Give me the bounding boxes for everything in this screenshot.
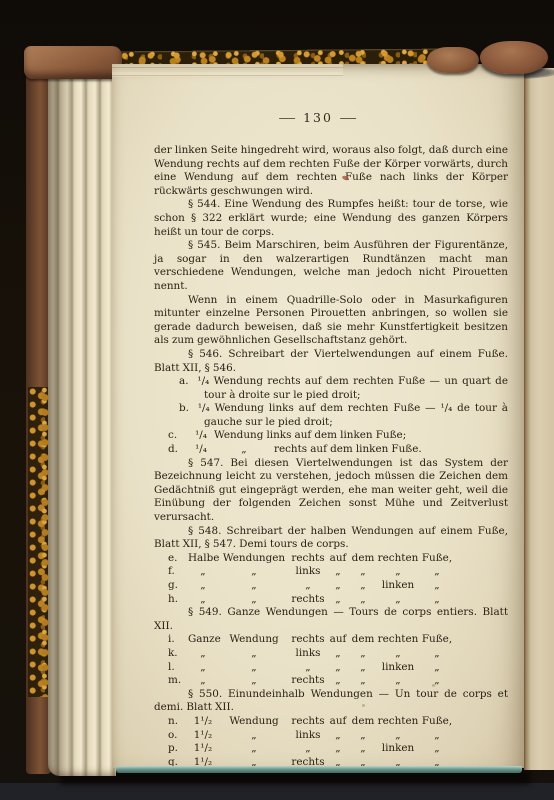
ditto-cell: „: [376, 647, 420, 661]
paragraph: § 549. Ganze Wendungen — Tours de corps …: [154, 606, 508, 633]
facing-page-gutter: [524, 68, 554, 770]
ditto-cell: „: [218, 647, 290, 661]
header-rule-right: —: [339, 110, 357, 125]
ditto-cell: Fuße,: [420, 715, 454, 729]
ditto-cell: „: [188, 565, 218, 579]
page-bottom-tinted-edge: [116, 766, 522, 773]
foxing-speck: [362, 704, 365, 707]
list-item-label: o.: [168, 729, 188, 743]
ditto-cell: dem: [350, 633, 376, 647]
marbled-cover-left-edge: [28, 387, 50, 697]
ditto-cell: „: [326, 742, 350, 756]
ditto-cell: „: [214, 443, 274, 457]
ditto-cell: links: [290, 647, 326, 661]
ditto-cell: „: [326, 729, 350, 743]
ditto-cell: „: [188, 674, 218, 688]
table-surface-band: [0, 783, 554, 800]
ditto-cell: rechten: [376, 715, 420, 729]
ditto-cell: „: [420, 729, 454, 743]
list-item-label: b.: [179, 402, 193, 416]
page-number: 130: [303, 110, 333, 125]
page-stack-edges: [48, 64, 116, 776]
ditto-cell: rechten: [376, 633, 420, 647]
ditto-cell: rechts: [290, 633, 326, 647]
ditto-cell: „: [350, 579, 376, 593]
ditto-cell: rechts: [290, 552, 326, 566]
page-number-header: —130—: [112, 110, 524, 125]
paragraph: § 546. Schreibart der Viertelwendungen a…: [154, 348, 508, 375]
ditto-cell: Halbe: [188, 552, 218, 566]
list-item-label: e.: [168, 552, 188, 566]
list-item-label: p.: [168, 742, 188, 756]
ditto-cell: „: [326, 661, 350, 675]
ditto-cell: rechts: [290, 674, 326, 688]
ditto-cell: „: [188, 579, 218, 593]
ditto-cell: Ganze: [188, 633, 218, 647]
ditto-cell: 1¹/₂: [188, 715, 218, 729]
list-item-label: g.: [168, 579, 188, 593]
ditto-row: f.„„links„„„„: [154, 565, 508, 579]
ditto-cell: rechts auf dem linken Fuße.: [274, 443, 508, 457]
ditto-cell: „: [350, 565, 376, 579]
ditto-cell: linken: [376, 579, 420, 593]
ditto-cell: „: [376, 729, 420, 743]
ditto-cell: rechts: [290, 715, 326, 729]
ditto-cell: „: [420, 674, 454, 688]
ditto-cell: „: [420, 742, 454, 756]
ditto-cell: „: [218, 579, 290, 593]
ditto-row: e.HalbeWendungenrechtsaufdemrechtenFuße,: [154, 552, 508, 566]
ditto-cell: „: [420, 661, 454, 675]
ditto-cell: „: [290, 579, 326, 593]
ditto-row: o.1¹/₂„links„„„„: [154, 729, 508, 743]
list-item-label: k.: [168, 647, 188, 661]
ditto-row: m.„„rechts„„„„: [154, 674, 508, 688]
ditto-cell: „: [420, 647, 454, 661]
ditto-cell: „: [420, 565, 454, 579]
list-item-label: l.: [168, 661, 188, 675]
ditto-cell: Fuße,: [420, 552, 454, 566]
paragraph: § 544. Eine Wendung des Rumpfes heißt: t…: [154, 198, 508, 239]
ditto-row: h.„„rechts„„„„: [154, 593, 508, 607]
ditto-cell: „: [350, 742, 376, 756]
ditto-cell: „: [326, 674, 350, 688]
book-page: —130— der linken Seite hingedreht wird, …: [112, 64, 524, 768]
list-item-label: h.: [168, 593, 188, 607]
ditto-cell: „: [218, 565, 290, 579]
ditto-cell: „: [188, 647, 218, 661]
photo-scene: —130— der linken Seite hingedreht wird, …: [0, 0, 554, 800]
list-item-label: i.: [168, 633, 188, 647]
ditto-cell: „: [326, 593, 350, 607]
ditto-cell: links: [290, 729, 326, 743]
foxing-speck: [432, 684, 435, 687]
list-item: a. ¹/₄ Wendung rechts auf dem rechten Fu…: [154, 375, 508, 402]
paragraph: § 550. Einundeinhalb Wendungen — Un tour…: [154, 688, 508, 715]
list-item-label: m.: [168, 674, 188, 688]
ditto-row: d.¹/₄„rechts auf dem linken Fuße.: [154, 443, 508, 457]
ditto-cell: „: [420, 593, 454, 607]
paragraph: § 545. Beim Marschiren, beim Ausführen d…: [154, 239, 508, 293]
list-item-label: n.: [168, 715, 188, 729]
ditto-cell: „: [290, 661, 326, 675]
ditto-cell: 1¹/₂: [188, 729, 218, 743]
ditto-cell: ¹/₄: [188, 443, 214, 457]
ditto-cell: „: [290, 742, 326, 756]
ditto-cell: „: [420, 579, 454, 593]
ditto-cell: „: [326, 647, 350, 661]
ditto-cell: ¹/₄: [188, 429, 214, 443]
ditto-cell: auf: [326, 715, 350, 729]
ditto-cell: „: [350, 729, 376, 743]
ditto-cell: „: [376, 593, 420, 607]
ditto-cell: „: [218, 661, 290, 675]
list-item-label: c.: [168, 429, 188, 443]
ditto-cell: linken: [376, 661, 420, 675]
ditto-cell: dem: [350, 552, 376, 566]
ditto-cell: „: [326, 565, 350, 579]
ditto-cell: Wendung: [218, 633, 290, 647]
ditto-cell: rechten: [376, 552, 420, 566]
leather-headcap-small: [427, 47, 479, 73]
ditto-cell: „: [326, 579, 350, 593]
ditto-cell: Fuße,: [420, 633, 454, 647]
paragraph: Wenn in einem Quadrille-Solo oder in Mas…: [154, 294, 508, 348]
leather-headcap-large: [480, 41, 548, 74]
paragraph: § 548. Schreibart der halben Wendungen a…: [154, 525, 508, 552]
ditto-cell: „: [218, 742, 290, 756]
ditto-cell: „: [350, 661, 376, 675]
ditto-row: n.1¹/₂WendungrechtsaufdemrechtenFuße,: [154, 715, 508, 729]
ditto-cell: „: [376, 565, 420, 579]
ditto-row: g.„„„„„linken„: [154, 579, 508, 593]
list-item-label: d.: [168, 443, 188, 457]
paragraph: der linken Seite hingedreht wird, woraus…: [154, 144, 508, 198]
ditto-cell: „: [350, 674, 376, 688]
list-item: b. ¹/₄ Wendung links auf dem rechten Fuß…: [154, 402, 508, 429]
text-block: der linken Seite hingedreht wird, woraus…: [154, 144, 508, 769]
ditto-cell: „: [218, 729, 290, 743]
leather-corner-top-left: [24, 46, 122, 79]
ditto-cell: „: [350, 647, 376, 661]
header-rule-left: —: [278, 110, 296, 125]
ditto-cell: auf: [326, 552, 350, 566]
list-item-label: f.: [168, 565, 188, 579]
ditto-cell: „: [350, 593, 376, 607]
ditto-cell: linken: [376, 742, 420, 756]
ditto-cell: „: [218, 674, 290, 688]
ditto-cell: „: [376, 674, 420, 688]
ditto-row: c.¹/₄Wendung links auf dem linken Fuße;: [154, 429, 508, 443]
ditto-cell: Wendung: [218, 715, 290, 729]
ditto-cell: Wendungen: [218, 552, 290, 566]
ditto-cell: links: [290, 565, 326, 579]
ditto-cell: 1¹/₂: [188, 742, 218, 756]
ditto-row: p.1¹/₂„„„„linken„: [154, 742, 508, 756]
ditto-cell: „: [218, 593, 290, 607]
ditto-cell: „: [188, 661, 218, 675]
ditto-cell: auf: [326, 633, 350, 647]
ditto-cell: Wendung links auf dem linken Fuße;: [214, 429, 508, 443]
ditto-row: i.GanzeWendungrechtsaufdemrechtenFuße,: [154, 633, 508, 647]
ditto-row: k.„„links„„„„: [154, 647, 508, 661]
ditto-row: l.„„„„„linken„: [154, 661, 508, 675]
ditto-cell: dem: [350, 715, 376, 729]
ditto-cell: rechts: [290, 593, 326, 607]
paragraph: § 547. Bei diesen Viertelwendungen ist d…: [154, 457, 508, 525]
ditto-cell: „: [188, 593, 218, 607]
list-item-label: a.: [179, 375, 193, 389]
